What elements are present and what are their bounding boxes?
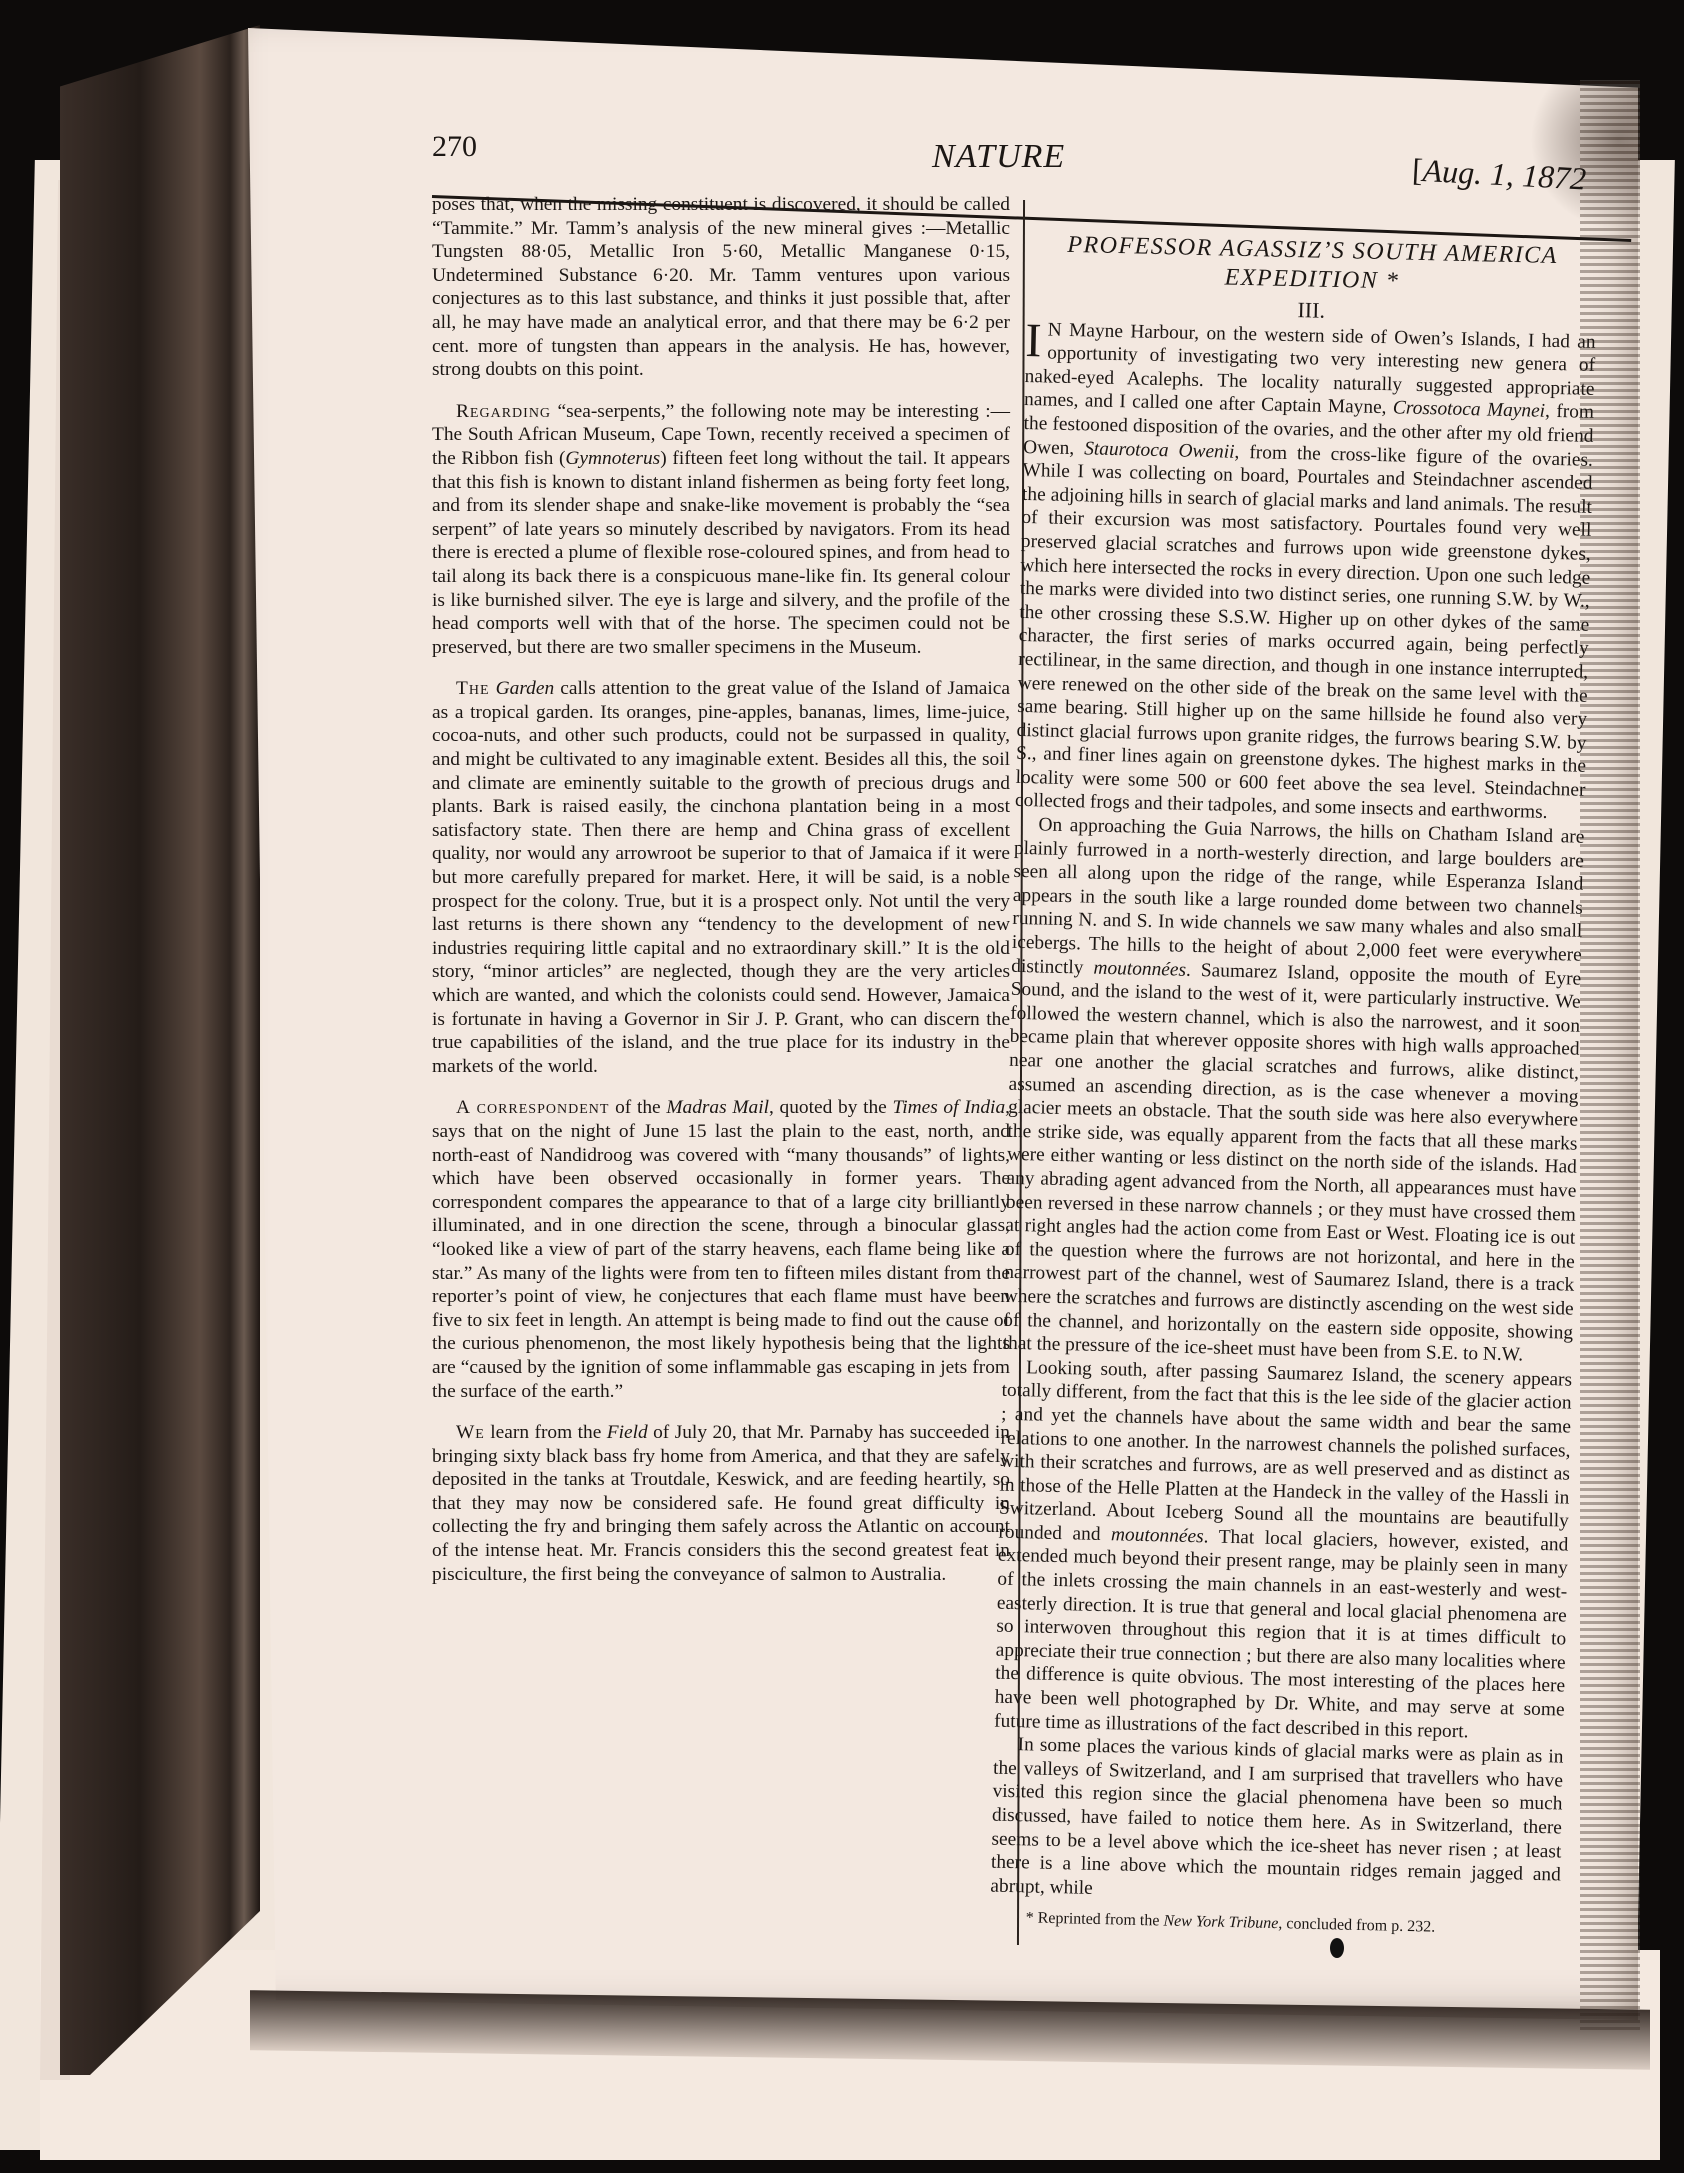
right-column: PROFESSOR AGASSIZ’S SOUTH AMERICA EXPEDI… [989,230,1597,1941]
paragraph-text-cont: of July 20, that Mr. Parnaby has succeed… [432,1422,1010,1585]
page-number: 270 [432,130,477,164]
species-name: Gymnoterus [565,448,660,469]
publication-name-2: Times of India [892,1097,1005,1118]
species-name-2: Staurotoca Owenii [1084,438,1235,462]
paragraph-text: learn from the [485,1422,607,1443]
paragraph-black-bass: We learn from the Field of July 20, that… [432,1421,1010,1586]
book-spine-shadow [60,25,260,2075]
issue-date-text: Aug. 1, 1872 [1422,152,1587,197]
publication-name: Garden [496,678,555,699]
paragraph-jamaica: The Garden calls attention to the great … [432,677,1010,1078]
paragraph-text: of the [609,1097,666,1118]
publication-name: Madras Mail [666,1097,769,1118]
journal-title: NATURE [932,138,1065,176]
paragraph-lead: The [456,678,490,699]
paragraph-lead: Regarding [456,401,551,422]
paragraph-lead: A correspondent [456,1097,609,1118]
paragraph-text: In some places the various kinds of glac… [990,1734,1564,1898]
paragraph-text-cont: . That local glaciers, however, existed,… [994,1526,1569,1742]
paragraph-mayne-harbour: IN Mayne Harbour, on the western side of… [1015,318,1596,826]
paragraph-text-cont: , quoted by the [769,1097,892,1118]
paragraph-switzerland: In some places the various kinds of glac… [990,1733,1564,1911]
article-title: PROFESSOR AGASSIZ’S SOUTH AMERICA EXPEDI… [1027,230,1598,301]
paragraph-sea-serpents: Regarding “sea-serpents,” the following … [432,400,1010,660]
drop-cap: I [1025,320,1042,362]
paragraph-text-cont-2: , says that on the night of June 15 last… [432,1097,1010,1401]
footnote-source: New York Tribune [1163,1913,1278,1933]
ink-blot [1330,1938,1344,1958]
paragraph-text: On approaching the Guia Narrows, the hil… [1011,814,1585,978]
paragraph-looking-south: Looking south, after passing Saumarez Is… [994,1355,1572,1745]
paragraph-text-cont: ) fifteen feet long without the tail. It… [432,448,1010,658]
left-column: poses that, when the missing constituent… [432,193,1010,1604]
species-name: Crossotoca Maynei [1393,398,1546,422]
paragraph-text-cont-2: , from the cross-like figure of the ovar… [1015,441,1593,823]
paragraph-lead: We [456,1422,485,1443]
footnote-text: Reprinted from the [1034,1910,1164,1930]
paragraph-text: poses that, when the missing constituent… [432,194,1010,380]
paragraph-text: calls attention to the great value of th… [432,678,1010,1077]
paragraph-guia-narrows: On approaching the Guia Narrows, the hil… [1002,813,1584,1368]
issue-date: [Aug. 1, 1872 [1411,151,1587,197]
paragraph-text-cont: . Saumarez Island, opposite the mouth of… [1002,959,1581,1365]
paragraph-text: Looking south, after passing Saumarez Is… [998,1357,1572,1545]
term-moutonnees: moutonnées [1111,1524,1204,1547]
publication-name: Field [607,1422,648,1443]
paragraph-nandidroog-lights: A correspondent of the Madras Mail, quot… [432,1096,1010,1403]
paragraph-tammite: poses that, when the missing constituent… [432,193,1010,382]
running-header: 270 NATURE [Aug. 1, 1872 [432,130,1632,200]
term-moutonnees: moutonnées [1093,957,1186,980]
footnote-text-cont: , concluded from p. 232. [1278,1915,1435,1936]
